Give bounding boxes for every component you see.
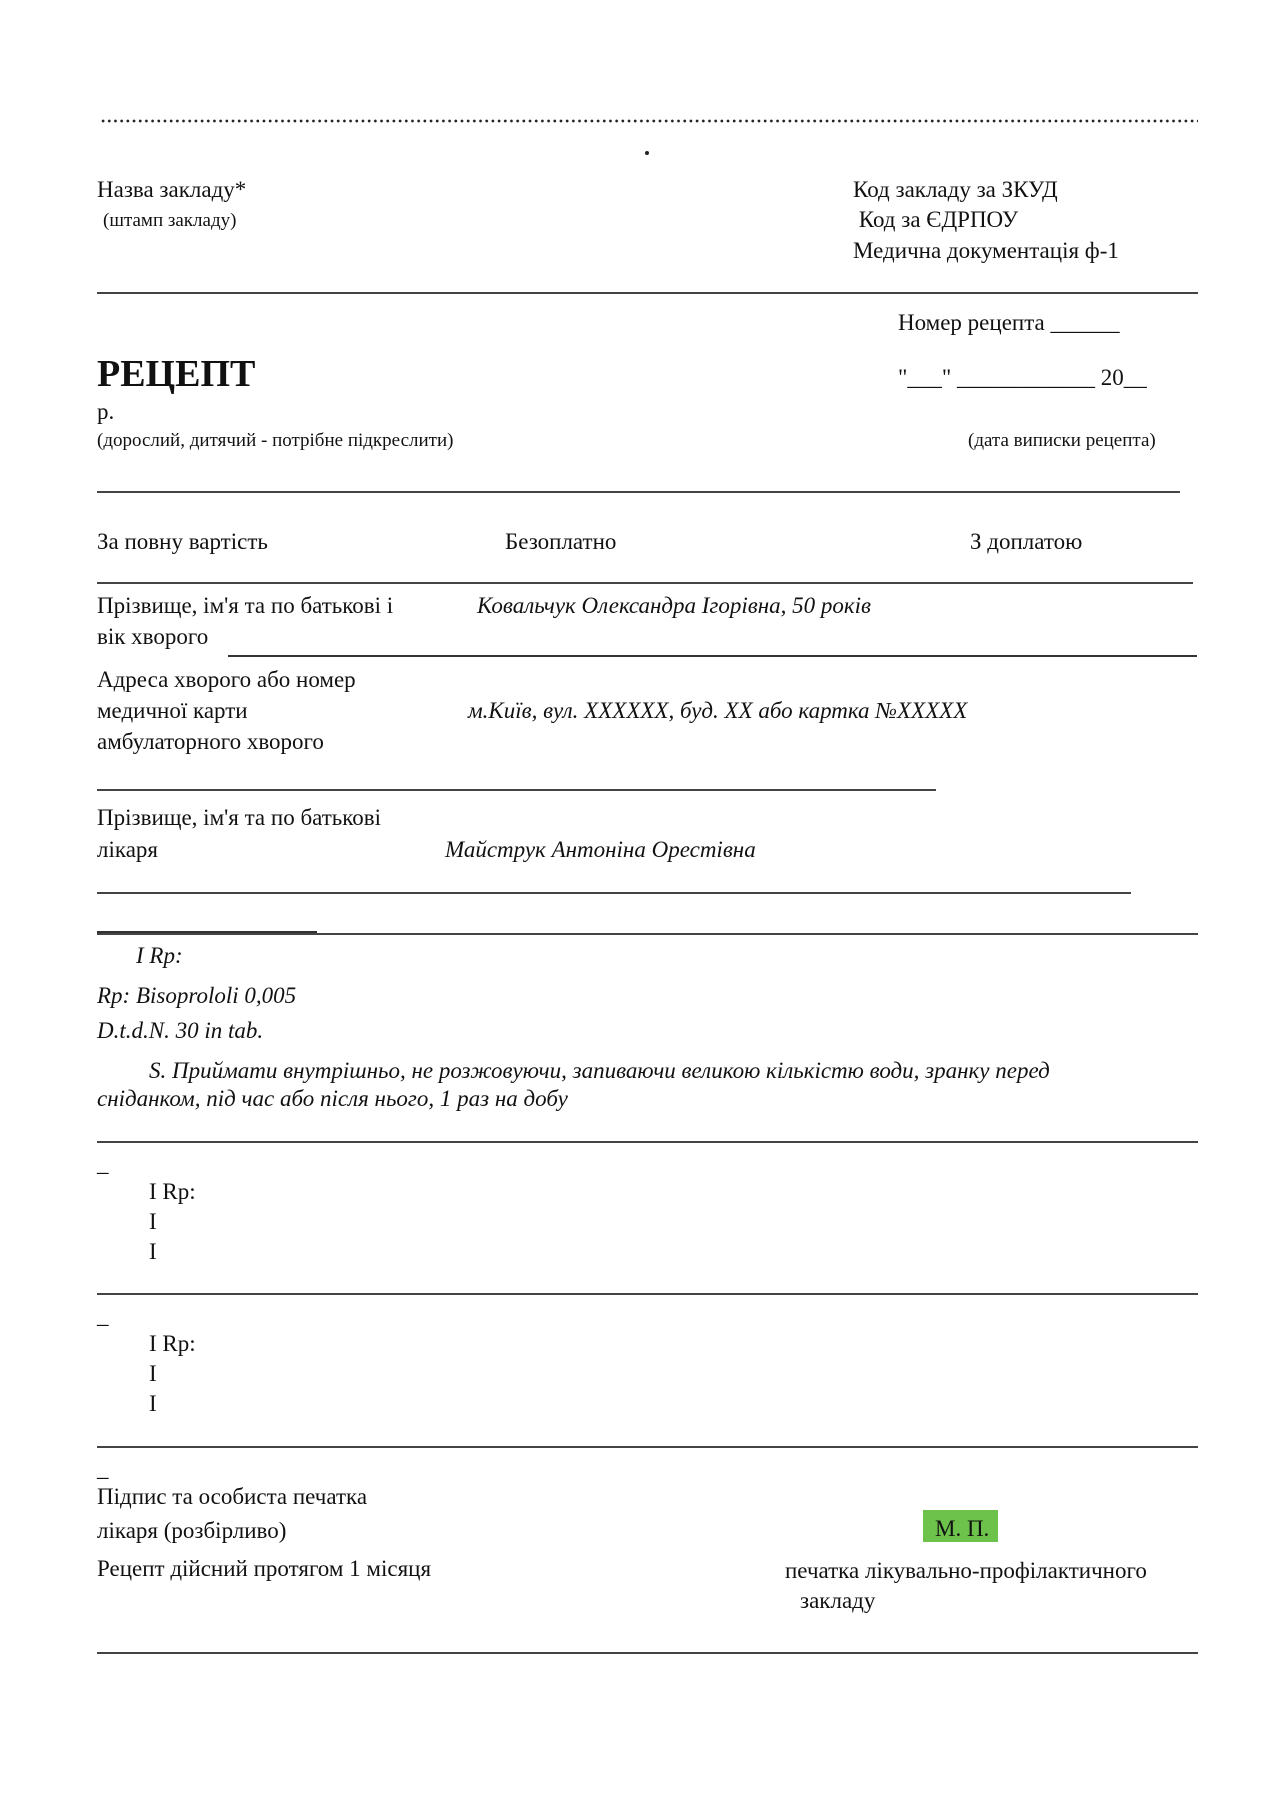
divider: [97, 582, 1193, 584]
prescription-3-header: I Rp:: [149, 1332, 196, 1355]
prescription-2-header: I Rp:: [149, 1180, 196, 1203]
signature-label-cont: лікаря (розбірливо): [97, 1519, 286, 1542]
prescription-1-signa[interactable]: S. Приймати внутрішньо, не розжовуючи, з…: [149, 1059, 1050, 1082]
recipe-date-field[interactable]: "___" ____________ 20__: [898, 366, 1147, 389]
doctor-name-value[interactable]: Майструк Антоніна Орестівна: [445, 838, 756, 861]
divider: [97, 1652, 1198, 1654]
patient-age-label: вік хворого: [97, 625, 208, 648]
dotted-line: [100, 118, 1198, 124]
prescription-1-drug[interactable]: Rp: Bisoprololi 0,005: [97, 984, 296, 1007]
date-caption: (дата виписки рецепта): [968, 431, 1156, 450]
prescription-1-quantity[interactable]: D.t.d.N. 30 in tab.: [97, 1019, 263, 1042]
validity-note: Рецепт дійсний протягом 1 місяця: [97, 1557, 431, 1580]
patient-name-label: Прізвище, ім'я та по батькові і: [97, 594, 393, 617]
payment-free[interactable]: Безоплатно: [505, 530, 616, 553]
patient-address-value[interactable]: м.Київ, вул. XXXXXX, буд. XX або картка …: [468, 699, 967, 722]
institution-seal-label-cont: закладу: [800, 1589, 875, 1612]
patient-outpatient-label: амбулаторного хворого: [97, 730, 324, 753]
page-title: РЕЦЕПТ: [97, 355, 255, 393]
divider: [97, 892, 1131, 894]
patient-card-label: медичної карти: [97, 699, 248, 722]
patient-address-label: Адреса хворого або номер: [97, 668, 356, 691]
prescription-1-header: I Rp:: [136, 944, 183, 967]
divider: [97, 1293, 1198, 1295]
year-suffix: р.: [97, 400, 114, 423]
prescription-1-signa-cont[interactable]: сніданком, під час або після нього, 1 ра…: [97, 1087, 568, 1110]
prescription-2-line-1[interactable]: I: [149, 1210, 157, 1233]
divider: [97, 1446, 1198, 1448]
prescription-2-line-2[interactable]: I: [149, 1240, 157, 1263]
stamp-label: М. П.: [935, 1516, 989, 1542]
institution-name-label: Назва закладу*: [97, 178, 246, 201]
divider: [97, 292, 1198, 294]
prescription-2-dash: _: [97, 1152, 109, 1175]
signature-label: Підпис та особиста печатка: [97, 1485, 367, 1508]
institution-stamp-caption: (штамп закладу): [103, 211, 236, 230]
prescription-3-dash: _: [97, 1304, 109, 1327]
divider: [97, 1141, 1198, 1143]
institution-seal-label: печатка лікувально-профілактичного: [785, 1559, 1147, 1582]
footer-dash: _: [97, 1457, 109, 1480]
prescription-3-line-1[interactable]: I: [149, 1362, 157, 1385]
recipe-type-caption: (дорослий, дитячий - потрібне підкреслит…: [97, 431, 453, 450]
patient-name-value[interactable]: Ковальчук Олександра Ігорівна, 50 років: [477, 594, 871, 617]
divider: [97, 933, 1198, 935]
payment-full-cost[interactable]: За повну вартість: [97, 530, 268, 553]
payment-surcharge[interactable]: З доплатою: [970, 530, 1082, 553]
prescription-3-line-2[interactable]: I: [149, 1392, 157, 1415]
doctor-name-label: Прізвище, ім'я та по батькові: [97, 806, 381, 829]
code-zkud-label: Код закладу за ЗКУД: [853, 178, 1058, 201]
divider: [97, 491, 1180, 493]
stamp-placeholder: М. П.: [923, 1510, 998, 1542]
recipe-number-field[interactable]: Номер рецепта ______: [898, 311, 1120, 334]
doctor-label-suffix: лікаря: [97, 838, 158, 861]
center-dot: [645, 151, 649, 155]
patient-name-underline: [228, 655, 1197, 657]
code-edrpou-label: Код за ЄДРПОУ: [853, 208, 1018, 231]
divider: [97, 789, 936, 791]
med-doc-form-label: Медична документація ф-1: [853, 239, 1119, 262]
